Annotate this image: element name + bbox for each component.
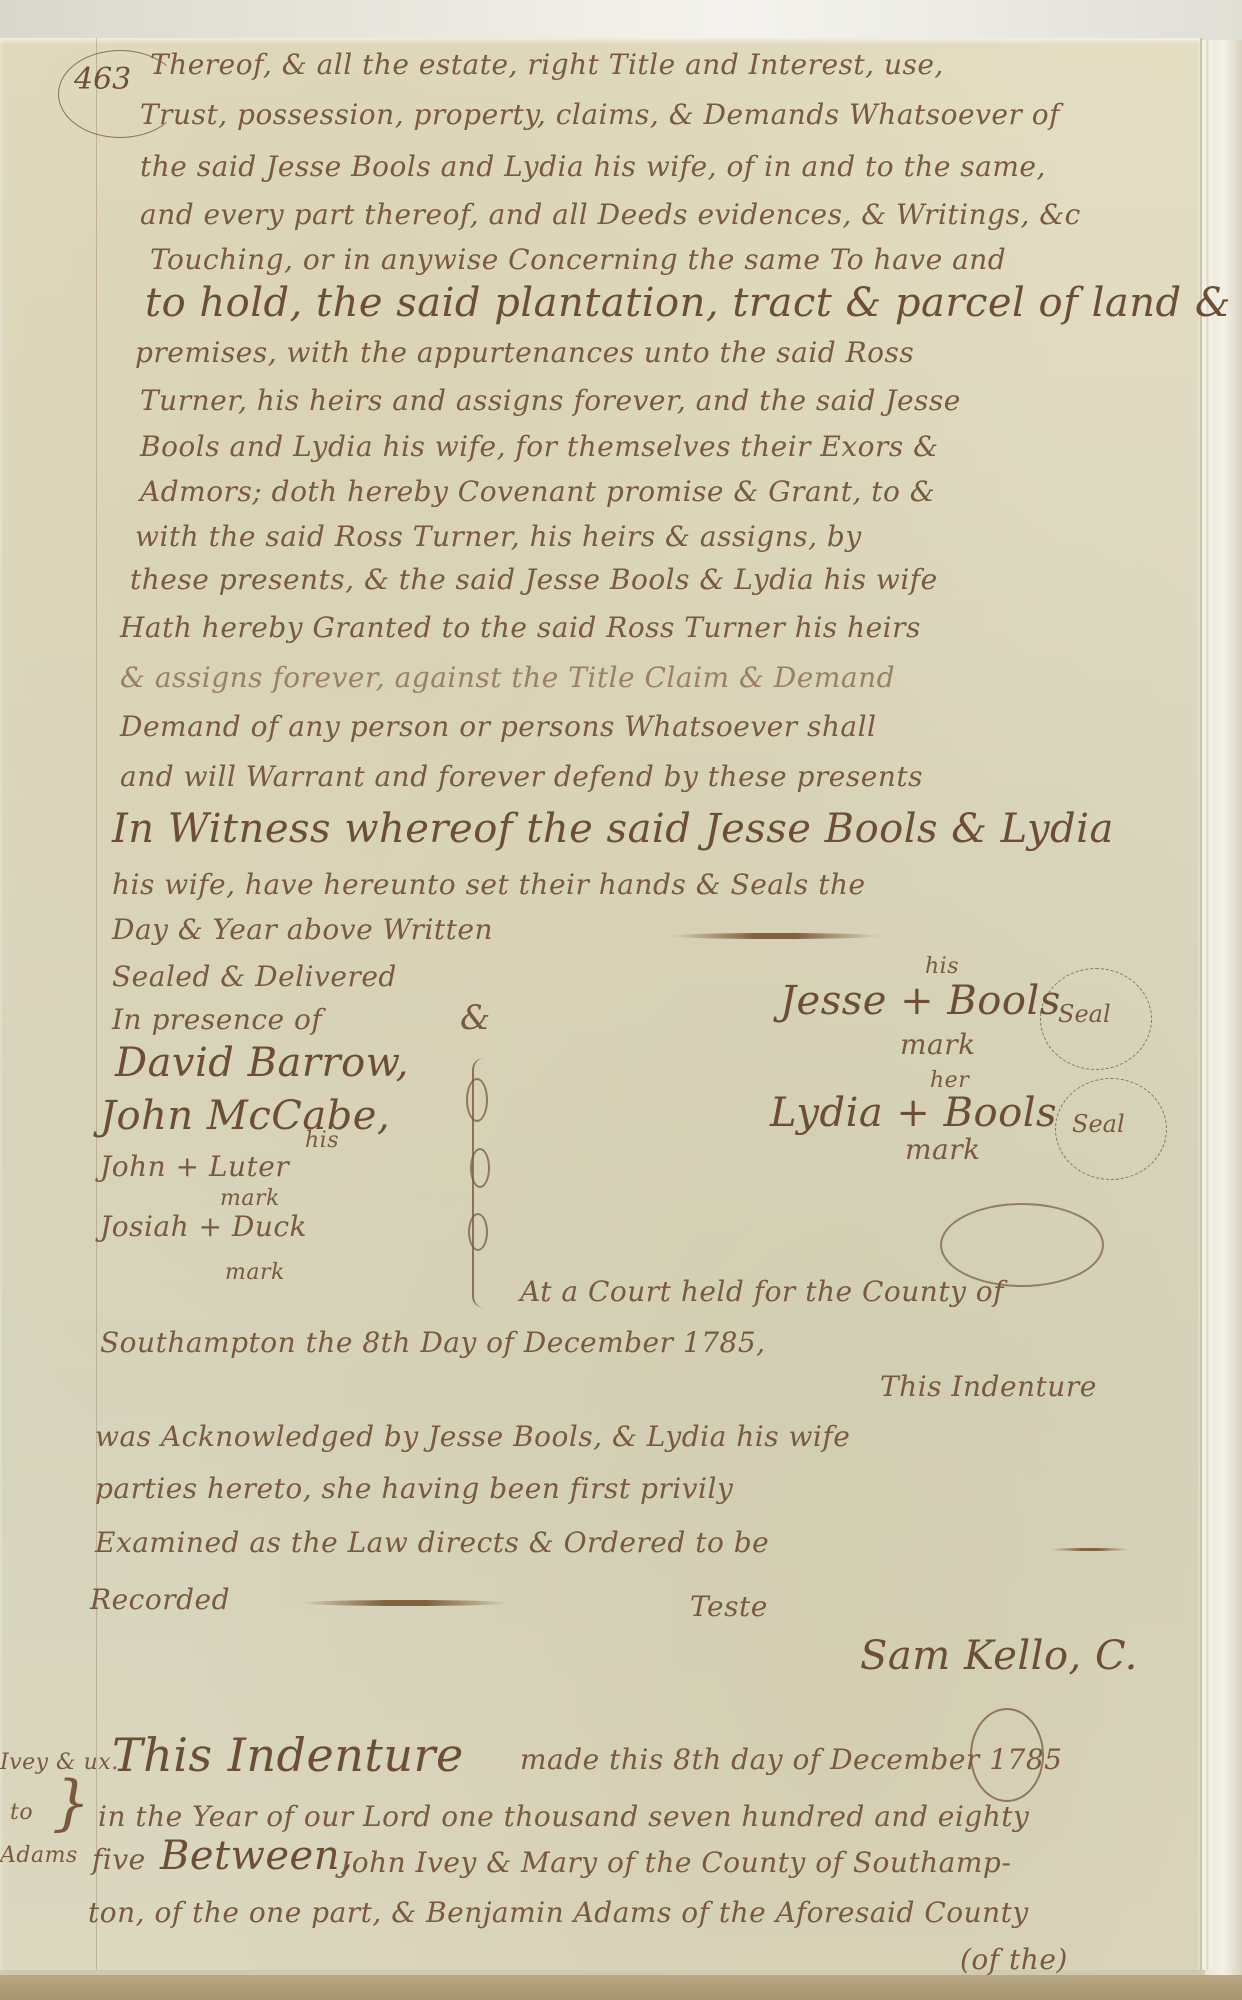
body-line: Demand of any person or persons Whatsoev… <box>120 710 877 743</box>
body-line: to hold, the said plantation, tract & pa… <box>145 280 1231 326</box>
body-line: In Witness whereof the said Jesse Bools … <box>112 806 1114 852</box>
court-line: Recorded <box>90 1583 230 1616</box>
teste-label: Teste <box>690 1590 768 1623</box>
signature-name: Lydia + Bools <box>770 1090 1057 1136</box>
body-line: and every part thereof, and all Deeds ev… <box>140 198 1081 231</box>
ledger-page: 463 Thereof, & all the estate, right Tit… <box>0 38 1202 1970</box>
catchword: (of the) <box>960 1943 1068 1976</box>
witness-name: John McCabe, <box>100 1093 390 1139</box>
signature-below: mark <box>900 1028 976 1061</box>
background-top <box>0 0 1242 40</box>
court-line: was Acknowledged by Jesse Bools, & Lydia… <box>95 1420 850 1453</box>
witness-name: John + Luter <box>100 1150 289 1183</box>
margin-note: Adams <box>0 1843 78 1868</box>
witness-heading: Sealed & Delivered <box>112 960 397 993</box>
table-surface <box>0 1975 1242 2000</box>
seal-label: Seal <box>1058 1000 1111 1028</box>
ink-line <box>670 933 880 939</box>
body-line: these presents, & the said Jesse Bools &… <box>130 563 938 596</box>
body-line: & assigns forever, against the Title Cla… <box>120 661 895 694</box>
seal-label: Seal <box>1072 1110 1125 1138</box>
margin-note: to <box>10 1800 33 1825</box>
body-line: Day & Year above Written <box>112 913 493 946</box>
witness-mark: mark <box>220 1186 280 1211</box>
body-line: Hath hereby Granted to the said Ross Tur… <box>120 611 921 644</box>
deed-line: in the Year of our Lord one thousand sev… <box>98 1800 1029 1833</box>
court-line: At a Court held for the County of <box>520 1275 1004 1308</box>
folio-number: 463 <box>74 62 131 97</box>
body-line: and will Warrant and forever defend by t… <box>120 760 923 793</box>
margin-rule <box>96 38 97 1970</box>
deed-line: John Ivey & Mary of the County of Southa… <box>340 1846 1011 1879</box>
witness-mark: mark <box>225 1260 285 1285</box>
court-line: Examined as the Law directs & Ordered to… <box>95 1526 769 1559</box>
brace-flourish-top: & <box>460 998 490 1038</box>
body-line: Thereof, & all the estate, right Title a… <box>150 48 944 81</box>
body-line: Touching, or in anywise Concerning the s… <box>150 243 1006 276</box>
signature-name: Jesse + Bools <box>780 978 1061 1024</box>
body-line: Bools and Lydia his wife, for themselves… <box>140 430 939 463</box>
deed-line: made this 8th day of December 1785 <box>520 1743 1062 1776</box>
court-line: parties hereto, she having been first pr… <box>95 1472 733 1505</box>
witness-name: David Barrow, <box>115 1040 409 1086</box>
court-line: Southampton the 8th Day of December 1785… <box>100 1326 766 1359</box>
deed-line: five <box>92 1843 146 1876</box>
signature-above: his <box>925 954 959 979</box>
body-line: his wife, have hereunto set their hands … <box>112 868 866 901</box>
body-line: Admors; doth hereby Covenant promise & G… <box>140 475 935 508</box>
body-line: the said Jesse Bools and Lydia his wife,… <box>140 150 1046 183</box>
deed-title: This Indenture <box>112 1728 464 1782</box>
witness-name: Josiah + Duck <box>100 1210 307 1243</box>
deed-between: Between, <box>160 1833 353 1879</box>
brace-line <box>472 1058 498 1308</box>
body-line: with the said Ross Turner, his heirs & a… <box>135 520 862 553</box>
deed-line: ton, of the one part, & Benjamin Adams o… <box>88 1896 1029 1929</box>
body-line: premises, with the appurtenances unto th… <box>135 336 914 369</box>
body-line: Turner, his heirs and assigns forever, a… <box>140 384 961 417</box>
clerk-signature: Sam Kello, C. <box>860 1633 1138 1679</box>
court-line: This Indenture <box>880 1370 1097 1403</box>
signature-below: mark <box>905 1133 981 1166</box>
witness-his: his <box>305 1128 339 1153</box>
witness-heading: In presence of <box>112 1003 322 1036</box>
ink-line <box>300 1600 510 1606</box>
margin-brace: } <box>52 1768 90 1838</box>
body-line: Trust, possession, property, claims, & D… <box>140 98 1060 131</box>
ink-line <box>1050 1548 1130 1551</box>
